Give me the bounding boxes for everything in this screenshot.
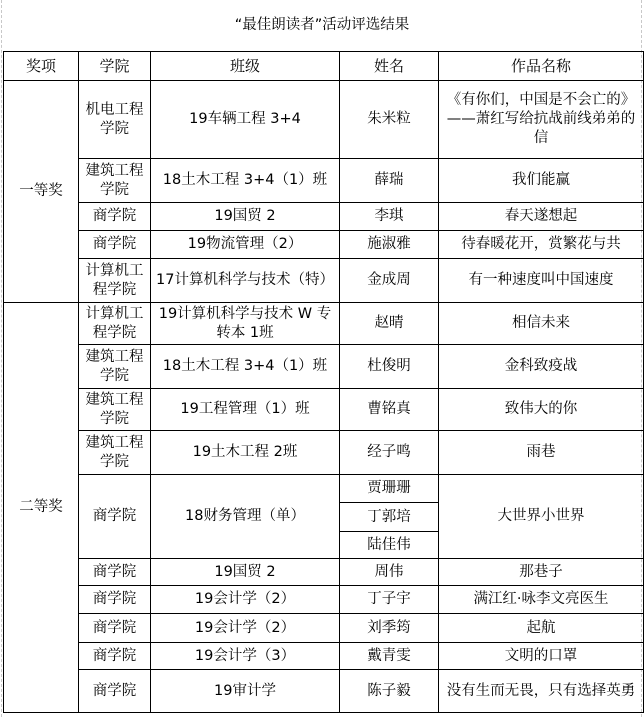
work-cell: 有一种速度叫中国速度 bbox=[439, 259, 644, 303]
class-cell: 19工程管理（1）班 bbox=[151, 389, 340, 431]
class-cell: 19计算机科学与技术 W 专转本 1班 bbox=[151, 303, 340, 345]
class-cell: 19会计学（2） bbox=[151, 614, 340, 643]
name-cell: 李琪 bbox=[340, 203, 439, 231]
work-cell: 待春暖花开，赏繁花与共 bbox=[439, 231, 644, 259]
class-cell: 19物流管理（2） bbox=[151, 231, 340, 259]
header-row: 奖项 学院 班级 姓名 作品名称 bbox=[4, 52, 644, 81]
name-cell: 刘季筠 bbox=[340, 614, 439, 643]
college-cell: 商学院 bbox=[79, 475, 151, 559]
table-row: 建筑工程学院 19工程管理（1）班 曹铭真 致伟大的你 bbox=[4, 389, 644, 431]
college-cell: 商学院 bbox=[79, 231, 151, 259]
college-cell: 建筑工程学院 bbox=[79, 431, 151, 475]
table-row: 商学院 19国贸 2 李琪 春天遂想起 bbox=[4, 203, 644, 231]
college-cell: 商学院 bbox=[79, 670, 151, 713]
college-cell: 商学院 bbox=[79, 203, 151, 231]
college-cell: 商学院 bbox=[79, 559, 151, 586]
college-cell: 计算机工程学院 bbox=[79, 303, 151, 345]
table-row: 二等奖 计算机工程学院 19计算机科学与技术 W 专转本 1班 赵晴 相信未来 bbox=[4, 303, 644, 345]
work-cell: 没有生而无畏，只有选择英勇 bbox=[439, 670, 644, 713]
class-cell: 18土木工程 3+4（1）班 bbox=[151, 345, 340, 389]
name-cell: 杜俊明 bbox=[340, 345, 439, 389]
class-cell: 19国贸 2 bbox=[151, 203, 340, 231]
table-row: 商学院 19审计学 陈子毅 没有生而无畏，只有选择英勇 bbox=[4, 670, 644, 713]
table-row: 建筑工程学院 19土木工程 2班 经子鸣 雨巷 bbox=[4, 431, 644, 475]
work-cell: 文明的口罩 bbox=[439, 643, 644, 670]
award-cell: 二等奖 bbox=[4, 303, 79, 713]
header-work: 作品名称 bbox=[439, 52, 644, 81]
work-cell: 致伟大的你 bbox=[439, 389, 644, 431]
college-cell: 建筑工程学院 bbox=[79, 389, 151, 431]
table-row: 计算机工程学院 17计算机科学与技术（特） 金成周 有一种速度叫中国速度 bbox=[4, 259, 644, 303]
table-row: 商学院 19物流管理（2） 施淑雅 待春暖花开，赏繁花与共 bbox=[4, 231, 644, 259]
class-cell: 19国贸 2 bbox=[151, 559, 340, 586]
document-title: “最佳朗读者”活动评选结果 bbox=[0, 14, 644, 36]
table-row: 建筑工程学院 18土木工程 3+4（1）班 杜俊明 金科致疫战 bbox=[4, 345, 644, 389]
college-cell: 机电工程学院 bbox=[79, 81, 151, 159]
name-cell: 陈子毅 bbox=[340, 670, 439, 713]
work-cell: 起航 bbox=[439, 614, 644, 643]
page-margin-guide-left bbox=[1, 0, 2, 717]
name-cell: 丁郭培 bbox=[340, 503, 439, 532]
class-cell: 17计算机科学与技术（特） bbox=[151, 259, 340, 303]
header-college: 学院 bbox=[79, 52, 151, 81]
college-cell: 建筑工程学院 bbox=[79, 345, 151, 389]
work-cell: 我们能赢 bbox=[439, 159, 644, 203]
college-cell: 商学院 bbox=[79, 586, 151, 614]
work-cell: 《有你们，中国是不会亡的》——萧红写给抗战前线弟弟的信 bbox=[439, 81, 644, 159]
table-row: 商学院 18财务管理（单） 贾珊珊 大世界小世界 bbox=[4, 475, 644, 503]
name-cell: 曹铭真 bbox=[340, 389, 439, 431]
class-cell: 19土木工程 2班 bbox=[151, 431, 340, 475]
college-cell: 计算机工程学院 bbox=[79, 259, 151, 303]
work-cell: 金科致疫战 bbox=[439, 345, 644, 389]
table-row: 商学院 19国贸 2 周伟 那巷子 bbox=[4, 559, 644, 586]
work-cell: 雨巷 bbox=[439, 431, 644, 475]
name-cell: 陆佳伟 bbox=[340, 532, 439, 559]
class-cell: 19会计学（3） bbox=[151, 643, 340, 670]
work-cell: 满江红·咏李文亮医生 bbox=[439, 586, 644, 614]
table-row: 商学院 19会计学（3） 戴青雯 文明的口罩 bbox=[4, 643, 644, 670]
name-cell: 戴青雯 bbox=[340, 643, 439, 670]
college-cell: 商学院 bbox=[79, 614, 151, 643]
table-row: 一等奖 机电工程学院 19车辆工程 3+4 朱米粒 《有你们，中国是不会亡的》—… bbox=[4, 81, 644, 159]
name-cell: 经子鸣 bbox=[340, 431, 439, 475]
name-cell: 周伟 bbox=[340, 559, 439, 586]
class-cell: 19会计学（2） bbox=[151, 586, 340, 614]
college-cell: 商学院 bbox=[79, 643, 151, 670]
name-cell: 薛瑞 bbox=[340, 159, 439, 203]
header-class: 班级 bbox=[151, 52, 340, 81]
table-row: 商学院 19会计学（2） 丁子宇 满江红·咏李文亮医生 bbox=[4, 586, 644, 614]
class-cell: 19审计学 bbox=[151, 670, 340, 713]
name-cell: 金成周 bbox=[340, 259, 439, 303]
work-cell: 相信未来 bbox=[439, 303, 644, 345]
name-cell: 丁子宇 bbox=[340, 586, 439, 614]
class-cell: 18土木工程 3+4（1）班 bbox=[151, 159, 340, 203]
header-name: 姓名 bbox=[340, 52, 439, 81]
award-cell: 一等奖 bbox=[4, 81, 79, 303]
name-cell: 施淑雅 bbox=[340, 231, 439, 259]
work-cell: 春天遂想起 bbox=[439, 203, 644, 231]
header-award: 奖项 bbox=[4, 52, 79, 81]
work-cell: 大世界小世界 bbox=[439, 475, 644, 559]
college-cell: 建筑工程学院 bbox=[79, 159, 151, 203]
name-cell: 赵晴 bbox=[340, 303, 439, 345]
table-row: 建筑工程学院 18土木工程 3+4（1）班 薛瑞 我们能赢 bbox=[4, 159, 644, 203]
name-cell: 贾珊珊 bbox=[340, 475, 439, 503]
work-cell: 那巷子 bbox=[439, 559, 644, 586]
class-cell: 19车辆工程 3+4 bbox=[151, 81, 340, 159]
results-table: 奖项 学院 班级 姓名 作品名称 一等奖 机电工程学院 19车辆工程 3+4 朱… bbox=[3, 51, 644, 713]
class-cell: 18财务管理（单） bbox=[151, 475, 340, 559]
table-row: 商学院 19会计学（2） 刘季筠 起航 bbox=[4, 614, 644, 643]
name-cell: 朱米粒 bbox=[340, 81, 439, 159]
